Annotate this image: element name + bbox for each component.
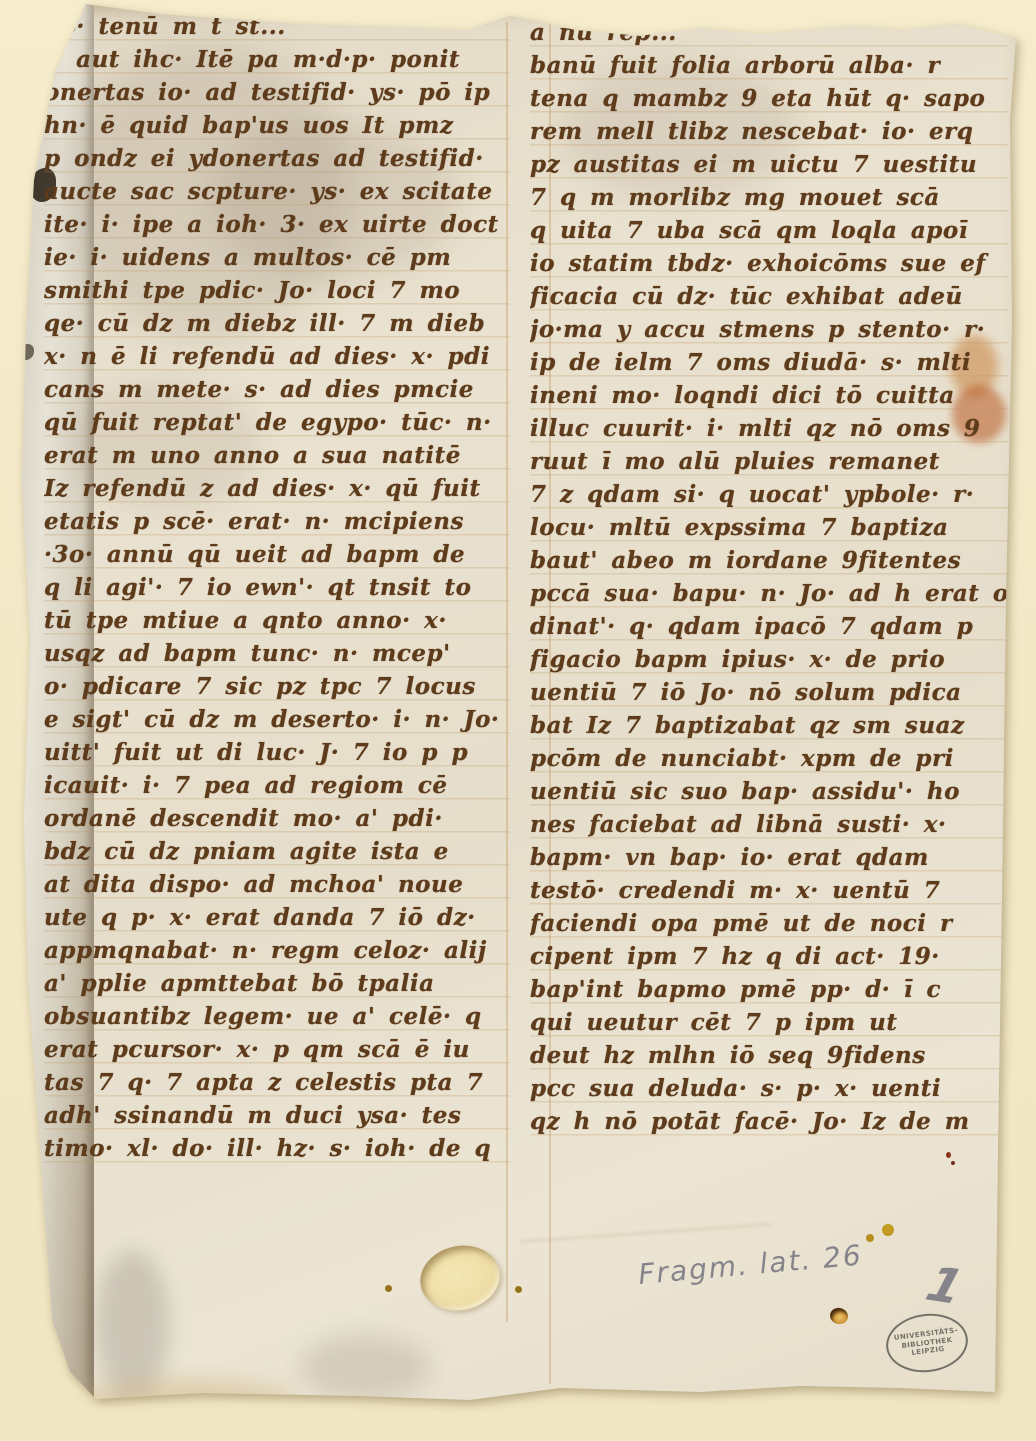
manuscript-text-line: pcc sua deluda· s· p· x· uenti xyxy=(530,1072,1008,1105)
parchment-leaf: po· tenū m t st...t' aut ihc· Itē pa m·d… xyxy=(0,0,1036,1441)
manuscript-text-line: cipent ipm 7 hz q di act· 19· xyxy=(530,940,1008,973)
manuscript-text-line: a nu rep... xyxy=(530,16,1008,49)
prick-mark xyxy=(385,1285,392,1292)
manuscript-text-line: ineni mo· loqndi dici tō cuitta xyxy=(530,379,1008,412)
manuscript-text-line: ordanē descendit mo· a' pdi· xyxy=(44,802,510,835)
photo-background: po· tenū m t st...t' aut ihc· Itē pa m·d… xyxy=(0,0,1036,1441)
manuscript-text-line: deut hz mlhn iō seq 9fidens xyxy=(530,1039,1008,1072)
gray-smudge xyxy=(300,1335,430,1400)
manuscript-text-line: x· n ē li refendū ad dies· x· pdi xyxy=(44,340,510,373)
manuscript-text-line: e sigt' cū dz m deserto· i· n· Jo· xyxy=(44,703,510,736)
manuscript-text-line: locu· mltū expssima 7 baptiza xyxy=(530,511,1008,544)
manuscript-text-line: qe· cū dz m diebz ill· 7 m dieb xyxy=(44,307,510,340)
manuscript-text-line: rem mell tlibz nescebat· io· erq xyxy=(530,115,1008,148)
yellow-stain xyxy=(75,1378,295,1423)
manuscript-text-line: Iz refendū z ad dies· x· qū fuit xyxy=(44,472,510,505)
manuscript-text-line: ip de ielm 7 oms diudā· s· mlti xyxy=(530,346,1008,379)
manuscript-text-line: po· tenū m t st... xyxy=(44,10,510,43)
manuscript-text-line: erat pcursor· x· p qm scā ē iu xyxy=(44,1033,510,1066)
manuscript-text-line: bap'int bapmo pmē pp· d· ī c xyxy=(530,973,1008,1006)
manuscript-text-line: ruut ī mo alū pluies remanet xyxy=(530,445,1008,478)
wax-dot xyxy=(866,1234,874,1242)
red-speck xyxy=(946,1152,951,1158)
manuscript-text-line: tas 7 q· 7 apta z celestis pta 7 xyxy=(44,1066,510,1099)
manuscript-text-line: ute q p· x· erat danda 7 iō dz· xyxy=(44,901,510,934)
manuscript-text-line: pccā sua· bapu· n· Jo· ad h erat or xyxy=(530,577,1008,610)
prick-mark xyxy=(515,1286,522,1293)
text-column-right: a nu rep...banū fuit folia arborū alba· … xyxy=(530,16,1008,1138)
gray-smudge xyxy=(95,1250,170,1400)
manuscript-text-line: usqz ad bapm tunc· n· mcep' xyxy=(44,637,510,670)
manuscript-text-line: pz austitas ei m uictu 7 uestitu xyxy=(530,148,1008,181)
manuscript-text-line: bat Iz 7 baptizabat qz sm suaz xyxy=(530,709,1008,742)
pencil-shelfmark: Fragm. lat. 26 xyxy=(637,1238,869,1291)
manuscript-text-line: ·3o· annū qū ueit ad bapm de xyxy=(44,538,510,571)
manuscript-text-line: q li agi'· 7 io ewn'· qt tnsit to xyxy=(44,571,510,604)
manuscript-text-line: etatis p scē· erat· n· mcipiens xyxy=(44,505,510,538)
manuscript-text-line: smithi tpe pdic· Jo· loci 7 mo xyxy=(44,274,510,307)
manuscript-text-line: uentiū sic suo bap· assidu'· ho xyxy=(530,775,1008,808)
manuscript-text-line: a' pplie apmttebat bō tpalia xyxy=(44,967,510,1000)
manuscript-text-line: t' aut ihc· Itē pa m·d·p· ponit xyxy=(44,43,510,76)
manuscript-text-line: faciendi opa pmē ut de noci r xyxy=(530,907,1008,940)
manuscript-text-line: o· pdicare 7 sic pz tpc 7 locus xyxy=(44,670,510,703)
manuscript-text-line: onertas io· ad testifid· ys· pō ip xyxy=(44,76,510,109)
manuscript-text-line: obsuantibz legem· ue a' celē· q xyxy=(44,1000,510,1033)
manuscript-text-line: dinat'· q· qdam ipacō 7 qdam p xyxy=(530,610,1008,643)
manuscript-text-line: io statim tbdz· exhoicōms sue ef xyxy=(530,247,1008,280)
text-column-left: po· tenū m t st...t' aut ihc· Itē pa m·d… xyxy=(44,10,510,1165)
manuscript-text-line: testō· credendi m· x· uentū 7 xyxy=(530,874,1008,907)
manuscript-text-line: appmqnabat· n· regm celoz· alij xyxy=(44,934,510,967)
pencil-folio-number: 1 xyxy=(920,1256,970,1315)
manuscript-text-line: timo· xl· do· ill· hz· s· ioh· de q xyxy=(44,1132,510,1165)
parchment-hole xyxy=(414,1238,506,1317)
manuscript-text-line: baut' abeo m iordane 9fitentes xyxy=(530,544,1008,577)
manuscript-text-line: hn· ē quid bap'us uos It pmz xyxy=(44,109,510,142)
parchment-leaf-shadow: po· tenū m t st...t' aut ihc· Itē pa m·d… xyxy=(0,0,1036,1441)
manuscript-text-line: adh' ssinandū m duci ysa· tes xyxy=(44,1099,510,1132)
manuscript-text-line: icauit· i· 7 pea ad regiom cē xyxy=(44,769,510,802)
manuscript-text-line: q uita 7 uba scā qm loqla apoī xyxy=(530,214,1008,247)
crease-line xyxy=(520,1223,770,1242)
manuscript-text-line: tena q mambz 9 eta hūt q· sapo xyxy=(530,82,1008,115)
manuscript-text-line: illuc cuurit· i· mlti qz nō oms 9 xyxy=(530,412,1008,445)
library-stamp: UNIVERSITÄTS- BIBLIOTHEK LEIPZIG xyxy=(883,1309,971,1377)
manuscript-text-line: aucte sac scpture· ys· ex scitate xyxy=(44,175,510,208)
parchment-hole-small xyxy=(828,1306,850,1326)
manuscript-text-line: at dita dispo· ad mchoa' noue xyxy=(44,868,510,901)
manuscript-text-line: ficacia cū dz· tūc exhibat adeū xyxy=(530,280,1008,313)
manuscript-text-line: bdz cū dz pniam agite ista e xyxy=(44,835,510,868)
manuscript-text-line: banū fuit folia arborū alba· r xyxy=(530,49,1008,82)
manuscript-text-line: qū fuit reptat' de egypo· tūc· n· xyxy=(44,406,510,439)
manuscript-text-line: jo·ma y accu stmens p stento· r· xyxy=(530,313,1008,346)
manuscript-text-line: uentiū 7 iō Jo· nō solum pdica xyxy=(530,676,1008,709)
manuscript-text-line: erat m uno anno a sua natitē xyxy=(44,439,510,472)
manuscript-text-line: ite· i· ipe a ioh· 3· ex uirte doct xyxy=(44,208,510,241)
manuscript-text-line: qz h nō potāt facē· Jo· Iz de m xyxy=(530,1105,1008,1138)
manuscript-text-line: qui ueutur cēt 7 p ipm ut xyxy=(530,1006,1008,1039)
manuscript-text-line: pcōm de nunciabt· xpm de pri xyxy=(530,742,1008,775)
manuscript-text-line: 7 q m morlibz mg mouet scā xyxy=(530,181,1008,214)
manuscript-text-line: uitt' fuit ut di luc· J· 7 io p p xyxy=(44,736,510,769)
manuscript-text-line: 7 z qdam si· q uocat' ypbole· r· xyxy=(530,478,1008,511)
manuscript-text-line: p ondz ei ydonertas ad testifid· xyxy=(44,142,510,175)
manuscript-text-line: figacio bapm ipius· x· de prio xyxy=(530,643,1008,676)
red-speck xyxy=(951,1161,955,1165)
manuscript-text-line: tū tpe mtiue a qnto anno· x· xyxy=(44,604,510,637)
wax-dot xyxy=(882,1224,894,1236)
manuscript-text-line: cans m mete· s· ad dies pmcie xyxy=(44,373,510,406)
manuscript-text-line: bapm· vn bap· io· erat qdam xyxy=(530,841,1008,874)
manuscript-text-line: nes faciebat ad libnā susti· x· xyxy=(530,808,1008,841)
manuscript-text-line: ie· i· uidens a multos· cē pm xyxy=(44,241,510,274)
